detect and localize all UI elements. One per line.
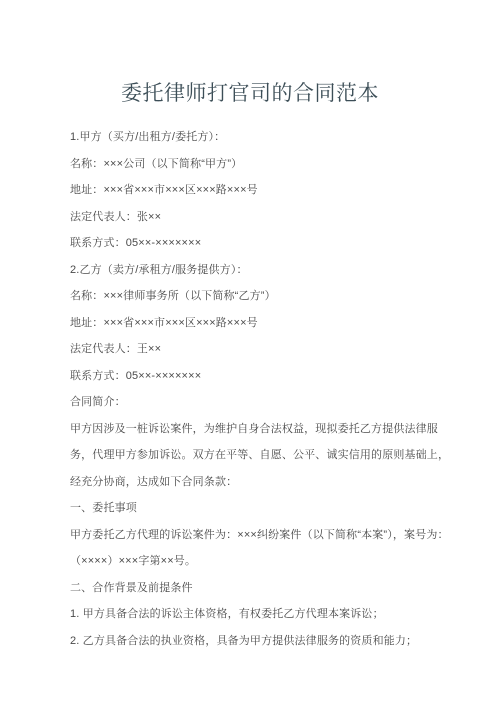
document-line-11: 合同简介： <box>70 389 434 416</box>
document-line-18: 二、合作背景及前提条件 <box>70 575 434 602</box>
document-line-2: 名称：×××公司（以下简称“甲方”） <box>70 151 434 178</box>
document-line-20: 2. 乙方具备合法的执业资格，具备为甲方提供法律服务的资质和能力； <box>70 628 434 655</box>
document-line-1: 1.甲方（买方/出租方/委托方）： <box>70 124 434 151</box>
document-line-5: 联系方式：05××-××××××× <box>70 230 434 257</box>
document-line-3: 地址：×××省×××市×××区×××路×××号 <box>70 177 434 204</box>
document-line-7: 名称：×××律师事务所（以下简称“乙方”） <box>70 283 434 310</box>
document-line-15: 一、委托事项 <box>70 495 434 522</box>
document-title: 委托律师打官司的合同范本 <box>0 78 500 110</box>
document-page: 委托律师打官司的合同范本 1.甲方（买方/出租方/委托方）：名称：×××公司（以… <box>0 0 500 707</box>
document-line-14: 经充分协商，达成如下合同条款： <box>70 469 434 496</box>
document-line-6: 2.乙方（卖方/承租方/服务提供方）： <box>70 257 434 284</box>
document-body: 1.甲方（买方/出租方/委托方）：名称：×××公司（以下简称“甲方”）地址：××… <box>0 124 500 654</box>
document-line-8: 地址：×××省×××市×××区×××路×××号 <box>70 310 434 337</box>
document-line-16: 甲方委托乙方代理的诉讼案件为：×××纠纷案件（以下简称“本案”），案号为： <box>70 522 434 549</box>
document-line-12: 甲方因涉及一桩诉讼案件，为维护自身合法权益，现拟委托乙方提供法律服 <box>70 416 434 443</box>
document-line-17: （××××）×××字第××号。 <box>70 548 434 575</box>
document-line-10: 联系方式：05××-××××××× <box>70 363 434 390</box>
document-line-19: 1. 甲方具备合法的诉讼主体资格，有权委托乙方代理本案诉讼； <box>70 601 434 628</box>
document-line-13: 务，代理甲方参加诉讼。双方在平等、自愿、公平、诚实信用的原则基础上， <box>70 442 434 469</box>
document-line-9: 法定代表人：王×× <box>70 336 434 363</box>
document-line-4: 法定代表人：张×× <box>70 204 434 231</box>
